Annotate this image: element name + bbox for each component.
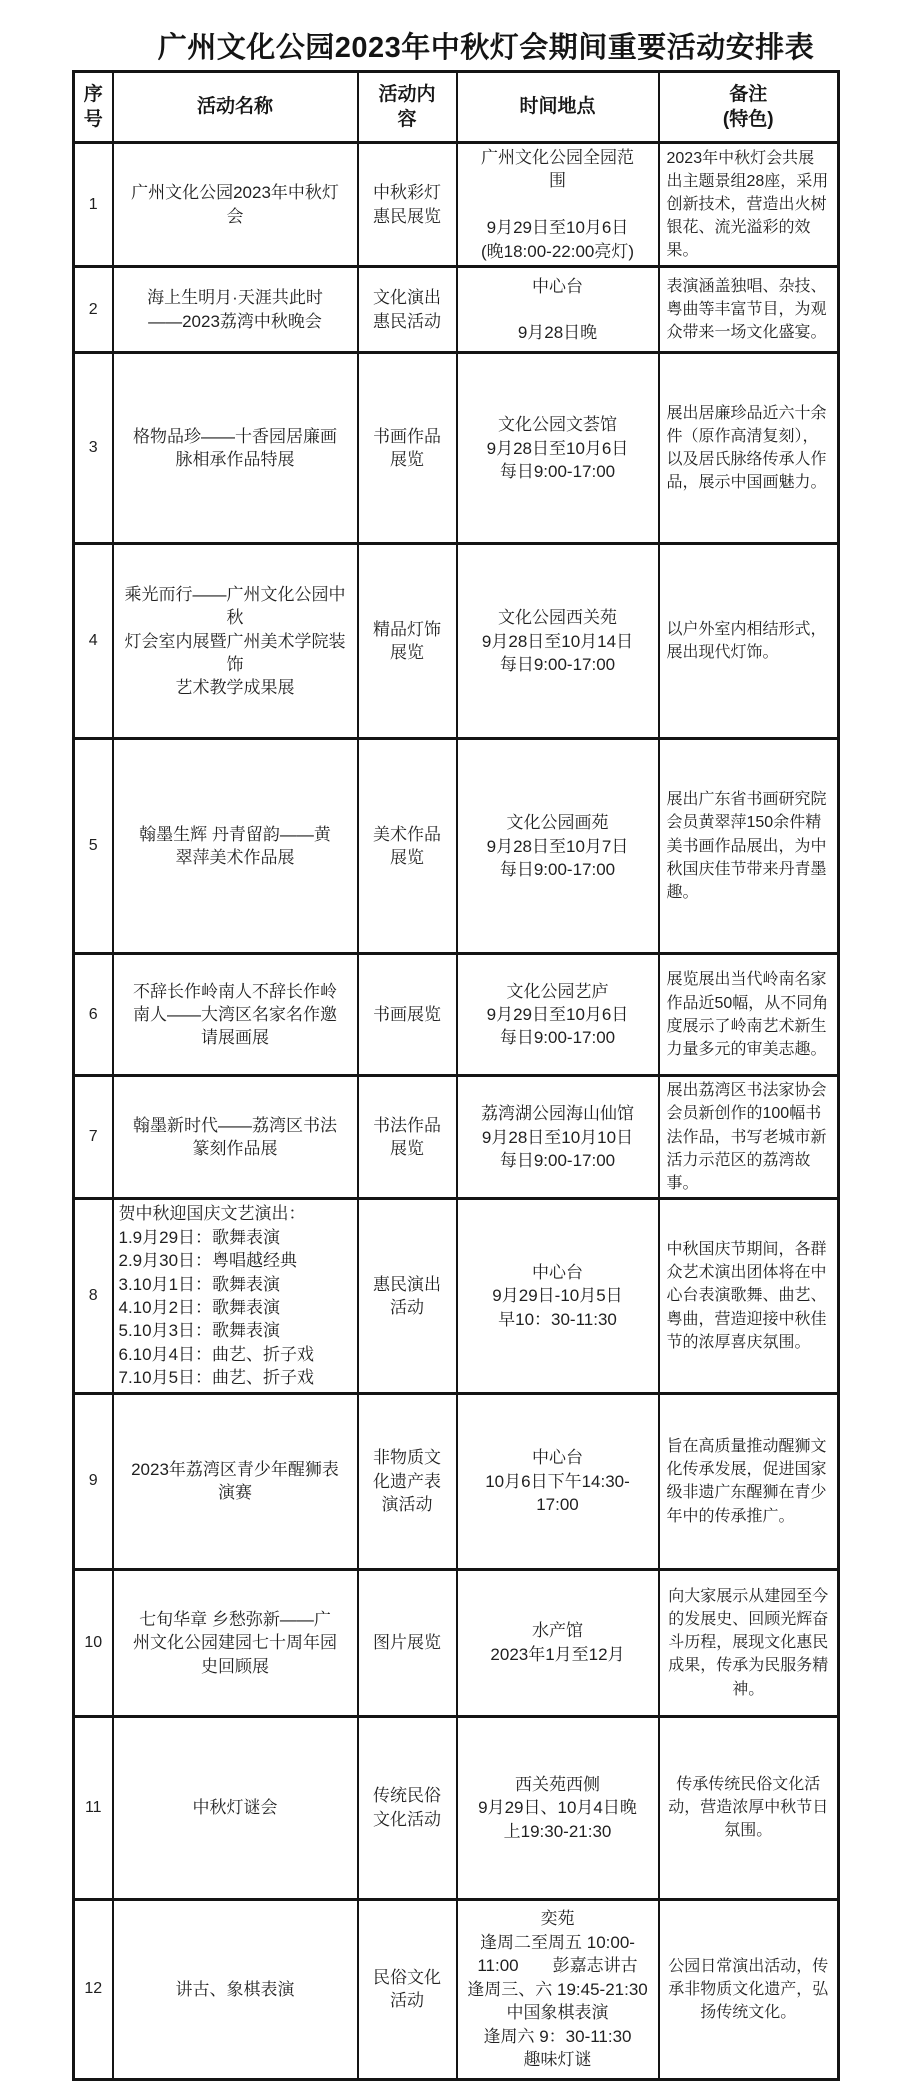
table-row: 3格物品珍——十香园居廉画 脉相承作品特展书画作品 展览文化公园文荟馆 9月28… — [74, 353, 839, 544]
activity-content-cell: 书画展览 — [358, 954, 457, 1076]
activity-content-cell: 精品灯饰 展览 — [358, 544, 457, 739]
activity-name-cell: 七旬华章 乡愁弥新——广 州文化公园建园七十周年园 史回顾展 — [113, 1569, 358, 1716]
activity-name-cell: 2023年荔湾区青少年醒狮表 演赛 — [113, 1393, 358, 1569]
row-number-cell: 8 — [74, 1199, 113, 1394]
time-location-cell: 中心台 10月6日下午14:30- 17:00 — [457, 1393, 659, 1569]
activity-name-cell: 贺中秋迎国庆文艺演出： 1.9月29日：歌舞表演 2.9月30日：粤唱越经典 3… — [113, 1199, 358, 1394]
table-row: 2海上生明月·天涯共此时 ——2023荔湾中秋晚会文化演出 惠民活动中心台 9月… — [74, 267, 839, 353]
table-row: 4乘光而行——广州文化公园中秋 灯会室内展暨广州美术学院装饰 艺术教学成果展精品… — [74, 544, 839, 739]
activity-name-cell: 翰墨生辉 丹青留韵——黄 翠萍美术作品展 — [113, 739, 358, 954]
table-row: 11中秋灯谜会传统民俗 文化活动西关苑西侧 9月29日、10月4日晚 上19:3… — [74, 1716, 839, 1899]
activity-content-cell: 美术作品 展览 — [358, 739, 457, 954]
time-location-cell: 西关苑西侧 9月29日、10月4日晚 上19:30-21:30 — [457, 1716, 659, 1899]
notes-cell: 2023年中秋灯会共展出主题景组28座，采用创新技术，营造出火树银花、流光溢彩的… — [659, 143, 839, 267]
activity-name-cell: 讲古、象棋表演 — [113, 1899, 358, 2079]
row-number-cell: 3 — [74, 353, 113, 544]
time-location-cell: 文化公园西关苑 9月28日至10月14日 每日9:00-17:00 — [457, 544, 659, 739]
notes-cell: 表演涵盖独唱、杂技、粤曲等丰富节目，为观众带来一场文化盛宴。 — [659, 267, 839, 353]
activity-content-cell: 非物质文 化遗产表 演活动 — [358, 1393, 457, 1569]
activity-content-cell: 图片展览 — [358, 1569, 457, 1716]
table-row: 92023年荔湾区青少年醒狮表 演赛非物质文 化遗产表 演活动中心台 10月6日… — [74, 1393, 839, 1569]
activity-name-cell: 不辞长作岭南人不辞长作岭 南人——大湾区名家名作邀 请展画展 — [113, 954, 358, 1076]
page-title: 广州文化公园2023年中秋灯会期间重要活动安排表 — [72, 0, 900, 65]
header-cell-notes: 备注 (特色) — [659, 72, 839, 143]
activity-content-cell: 传统民俗 文化活动 — [358, 1716, 457, 1899]
row-number-cell: 7 — [74, 1076, 113, 1199]
notes-cell: 中秋国庆节期间，各群众艺术演出团体将在中心台表演歌舞、曲艺、粤曲，营造迎接中秋佳… — [659, 1199, 839, 1394]
activity-content-cell: 惠民演出 活动 — [358, 1199, 457, 1394]
time-location-cell: 文化公园文荟馆 9月28日至10月6日 每日9:00-17:00 — [457, 353, 659, 544]
activity-content-cell: 民俗文化 活动 — [358, 1899, 457, 2079]
time-location-cell: 奕苑 逢周二至周五 10:00- 11:00 彭嘉志讲古 逢周三、六 19:45… — [457, 1899, 659, 2079]
time-location-cell: 广州文化公园全园范 围 9月29日至10月6日 (晚18:00-22:00亮灯) — [457, 143, 659, 267]
header-cell-activity-name: 活动名称 — [113, 72, 358, 143]
activity-name-cell: 海上生明月·天涯共此时 ——2023荔湾中秋晚会 — [113, 267, 358, 353]
table-row: 7翰墨新时代——荔湾区书法 篆刻作品展书法作品 展览荔湾湖公园海山仙馆 9月28… — [74, 1076, 839, 1199]
notes-cell: 以户外室内相结形式，展出现代灯饰。 — [659, 544, 839, 739]
row-number-cell: 4 — [74, 544, 113, 739]
activity-name-cell: 乘光而行——广州文化公园中秋 灯会室内展暨广州美术学院装饰 艺术教学成果展 — [113, 544, 358, 739]
table-header-row: 序 号 活动名称 活动内 容 时间地点 备注 (特色) — [74, 72, 839, 143]
notes-cell: 向大家展示从建园至今的发展史、回顾光辉奋斗历程，展现文化惠民成果，传承为民服务精… — [659, 1569, 839, 1716]
notes-cell: 展出居廉珍品近六十余件（原作高清复刻），以及居氏脉络传承人作品，展示中国画魅力。 — [659, 353, 839, 544]
time-location-cell: 水产馆 2023年1月至12月 — [457, 1569, 659, 1716]
row-number-cell: 10 — [74, 1569, 113, 1716]
notes-cell: 传承传统民俗文化活动，营造浓厚中秋节日氛围。 — [659, 1716, 839, 1899]
activity-name-cell: 格物品珍——十香园居廉画 脉相承作品特展 — [113, 353, 358, 544]
time-location-cell: 荔湾湖公园海山仙馆 9月28日至10月10日 每日9:00-17:00 — [457, 1076, 659, 1199]
table-header: 序 号 活动名称 活动内 容 时间地点 备注 (特色) — [74, 72, 839, 143]
schedule-table: 序 号 活动名称 活动内 容 时间地点 备注 (特色) 1广州文化公园2023年… — [72, 70, 840, 2081]
table-row: 12讲古、象棋表演民俗文化 活动奕苑 逢周二至周五 10:00- 11:00 彭… — [74, 1899, 839, 2079]
table-row: 1广州文化公园2023年中秋灯 会中秋彩灯 惠民展览广州文化公园全园范 围 9月… — [74, 143, 839, 267]
time-location-cell: 中心台 9月28日晚 — [457, 267, 659, 353]
row-number-cell: 9 — [74, 1393, 113, 1569]
table-row: 10七旬华章 乡愁弥新——广 州文化公园建园七十周年园 史回顾展图片展览水产馆 … — [74, 1569, 839, 1716]
activity-content-cell: 书法作品 展览 — [358, 1076, 457, 1199]
table-row: 6不辞长作岭南人不辞长作岭 南人——大湾区名家名作邀 请展画展书画展览文化公园艺… — [74, 954, 839, 1076]
notes-cell: 公园日常演出活动，传承非物质文化遗产，弘扬传统文化。 — [659, 1899, 839, 2079]
activity-name-cell: 广州文化公园2023年中秋灯 会 — [113, 143, 358, 267]
notes-cell: 展览展出当代岭南名家作品近50幅，从不同角度展示了岭南艺术新生力量多元的审美志趣… — [659, 954, 839, 1076]
activity-name-cell: 翰墨新时代——荔湾区书法 篆刻作品展 — [113, 1076, 358, 1199]
row-number-cell: 2 — [74, 267, 113, 353]
activity-content-cell: 中秋彩灯 惠民展览 — [358, 143, 457, 267]
header-cell-activity-content: 活动内 容 — [358, 72, 457, 143]
table-row: 5翰墨生辉 丹青留韵——黄 翠萍美术作品展美术作品 展览文化公园画苑 9月28日… — [74, 739, 839, 954]
header-cell-no: 序 号 — [74, 72, 113, 143]
row-number-cell: 5 — [74, 739, 113, 954]
time-location-cell: 文化公园画苑 9月28日至10月7日 每日9:00-17:00 — [457, 739, 659, 954]
row-number-cell: 11 — [74, 1716, 113, 1899]
row-number-cell: 1 — [74, 143, 113, 267]
schedule-table-body: 1广州文化公园2023年中秋灯 会中秋彩灯 惠民展览广州文化公园全园范 围 9月… — [74, 143, 839, 2080]
table-row: 8贺中秋迎国庆文艺演出： 1.9月29日：歌舞表演 2.9月30日：粤唱越经典 … — [74, 1199, 839, 1394]
notes-cell: 展出广东省书画研究院会员黄翠萍150余件精美书画作品展出，为中秋国庆佳节带来丹青… — [659, 739, 839, 954]
activity-content-cell: 文化演出 惠民活动 — [358, 267, 457, 353]
notes-cell: 展出荔湾区书法家协会会员新创作的100幅书法作品，书写老城市新活力示范区的荔湾故… — [659, 1076, 839, 1199]
time-location-cell: 文化公园艺庐 9月29日至10月6日 每日9:00-17:00 — [457, 954, 659, 1076]
row-number-cell: 12 — [74, 1899, 113, 2079]
document-page: 广州文化公园2023年中秋灯会期间重要活动安排表 序 号 活动名称 活动内 容 … — [0, 0, 900, 2082]
notes-cell: 旨在高质量推动醒狮文化传承发展，促进国家级非遗广东醒狮在青少年中的传承推广。 — [659, 1393, 839, 1569]
header-cell-time-location: 时间地点 — [457, 72, 659, 143]
activity-content-cell: 书画作品 展览 — [358, 353, 457, 544]
time-location-cell: 中心台 9月29日-10月5日 早10：30-11:30 — [457, 1199, 659, 1394]
activity-name-cell: 中秋灯谜会 — [113, 1716, 358, 1899]
row-number-cell: 6 — [74, 954, 113, 1076]
